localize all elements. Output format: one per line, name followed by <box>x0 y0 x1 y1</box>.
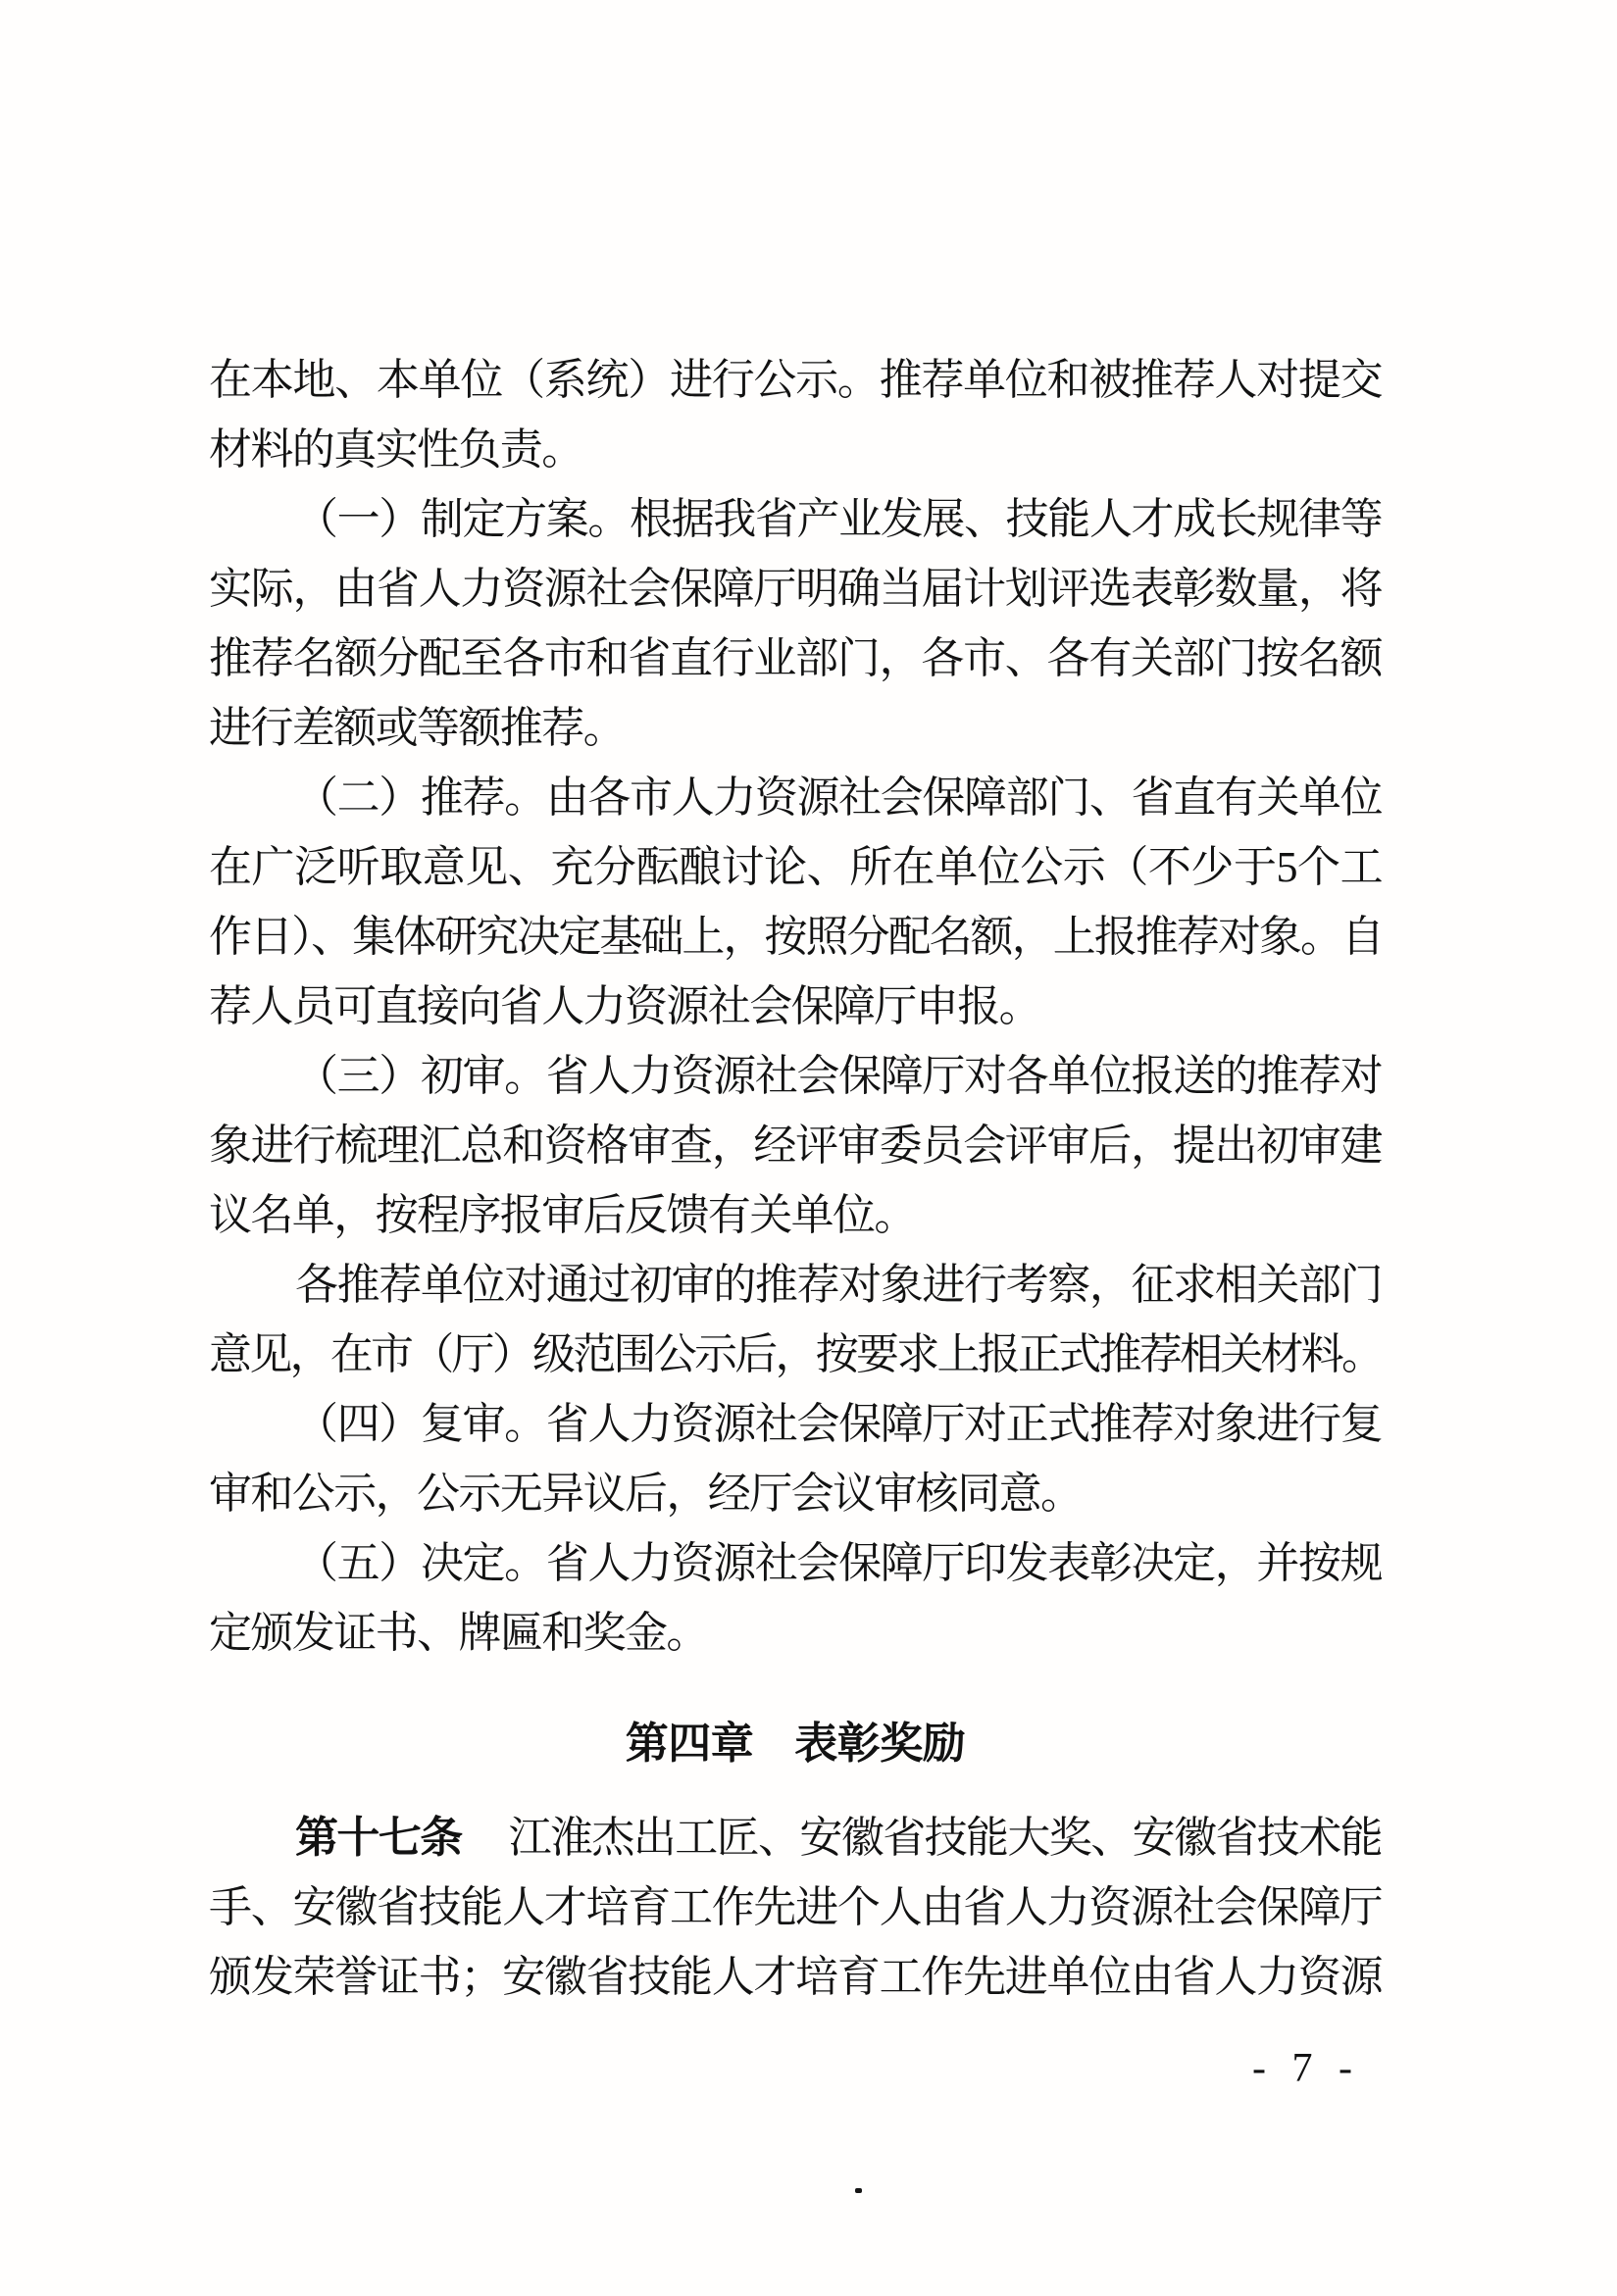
text-line: 在本地、本单位（系统）进行公示。推荐单位和被推荐人对提交 <box>209 345 1382 415</box>
text-line: 材料的真实性负责。 <box>209 415 1382 484</box>
article-text: 江淮杰出工匠、安徽省技能大奖、安徽省技术能 <box>509 1814 1382 1862</box>
text-line: 手、安徽省技能人才培育工作先进个人由省人力资源社会保障厅 <box>209 1872 1382 1942</box>
text-line: 象进行梳理汇总和资格审查，经评审委员会评审后，提出初审建 <box>209 1111 1382 1180</box>
text-line: 各推荐单位对通过初审的推荐对象进行考察，征求相关部门 <box>209 1250 1382 1320</box>
text-line: （二）推荐。由各市人力资源社会保障部门、省直有关单位 <box>209 763 1382 832</box>
text-line: 在广泛听取意见、充分酝酿讨论、所在单位公示（不少于5个工 <box>209 832 1382 902</box>
text-line: 推荐名额分配至各市和省直行业部门，各市、各有关部门按名额 <box>209 624 1382 693</box>
text-line: 审和公示，公示无异议后，经厅会议审核同意。 <box>209 1459 1382 1528</box>
text-line: 荐人员可直接向省人力资源社会保障厅申报。 <box>209 972 1382 1041</box>
body-text: 在本地、本单位（系统）进行公示。推荐单位和被推荐人对提交 材料的真实性负责。 （… <box>209 345 1382 2092</box>
text-line: 实际，由省人力资源社会保障厅明确当届计划评选表彰数量，将 <box>209 554 1382 624</box>
chapter-heading: 第四章表彰奖励 <box>209 1709 1382 1778</box>
text-line: 定颁发证书、牌匾和奖金。 <box>209 1598 1382 1668</box>
chapter-title: 表彰奖励 <box>794 1720 965 1768</box>
text-line: （五）决定。省人力资源社会保障厅印发表彰决定，并按规 <box>209 1528 1382 1598</box>
text-line: 议名单，按程序报审后反馈有关单位。 <box>209 1180 1382 1250</box>
scan-speck-artifact <box>855 2188 862 2193</box>
text-line: 第十七条江淮杰出工匠、安徽省技能大奖、安徽省技术能 <box>209 1803 1382 1872</box>
text-line: （三）初审。省人力资源社会保障厅对各单位报送的推荐对 <box>209 1041 1382 1111</box>
text-line: 作日）、集体研究决定基础上，按照分配名额，上报推荐对象。自 <box>209 902 1382 972</box>
text-line: （四）复审。省人力资源社会保障厅对正式推荐对象进行复 <box>209 1389 1382 1459</box>
text-line: 颁发荣誉证书；安徽省技能人才培育工作先进单位由省人力资源 <box>209 1942 1382 2012</box>
chapter-number: 第四章 <box>626 1720 754 1768</box>
text-line: （一）制定方案。根据我省产业发展、技能人才成长规律等 <box>209 484 1382 554</box>
article-17: 第十七条江淮杰出工匠、安徽省技能大奖、安徽省技术能 手、安徽省技能人才培育工作先… <box>209 1803 1382 2012</box>
page-number: - 7 - <box>209 2045 1382 2092</box>
text-line: 进行差额或等额推荐。 <box>209 693 1382 763</box>
text-line: 意见，在市（厅）级范围公示后，按要求上报正式推荐相关材料。 <box>209 1320 1382 1389</box>
article-number: 第十七条 <box>295 1814 462 1862</box>
document-page: 在本地、本单位（系统）进行公示。推荐单位和被推荐人对提交 材料的真实性负责。 （… <box>0 0 1617 2296</box>
